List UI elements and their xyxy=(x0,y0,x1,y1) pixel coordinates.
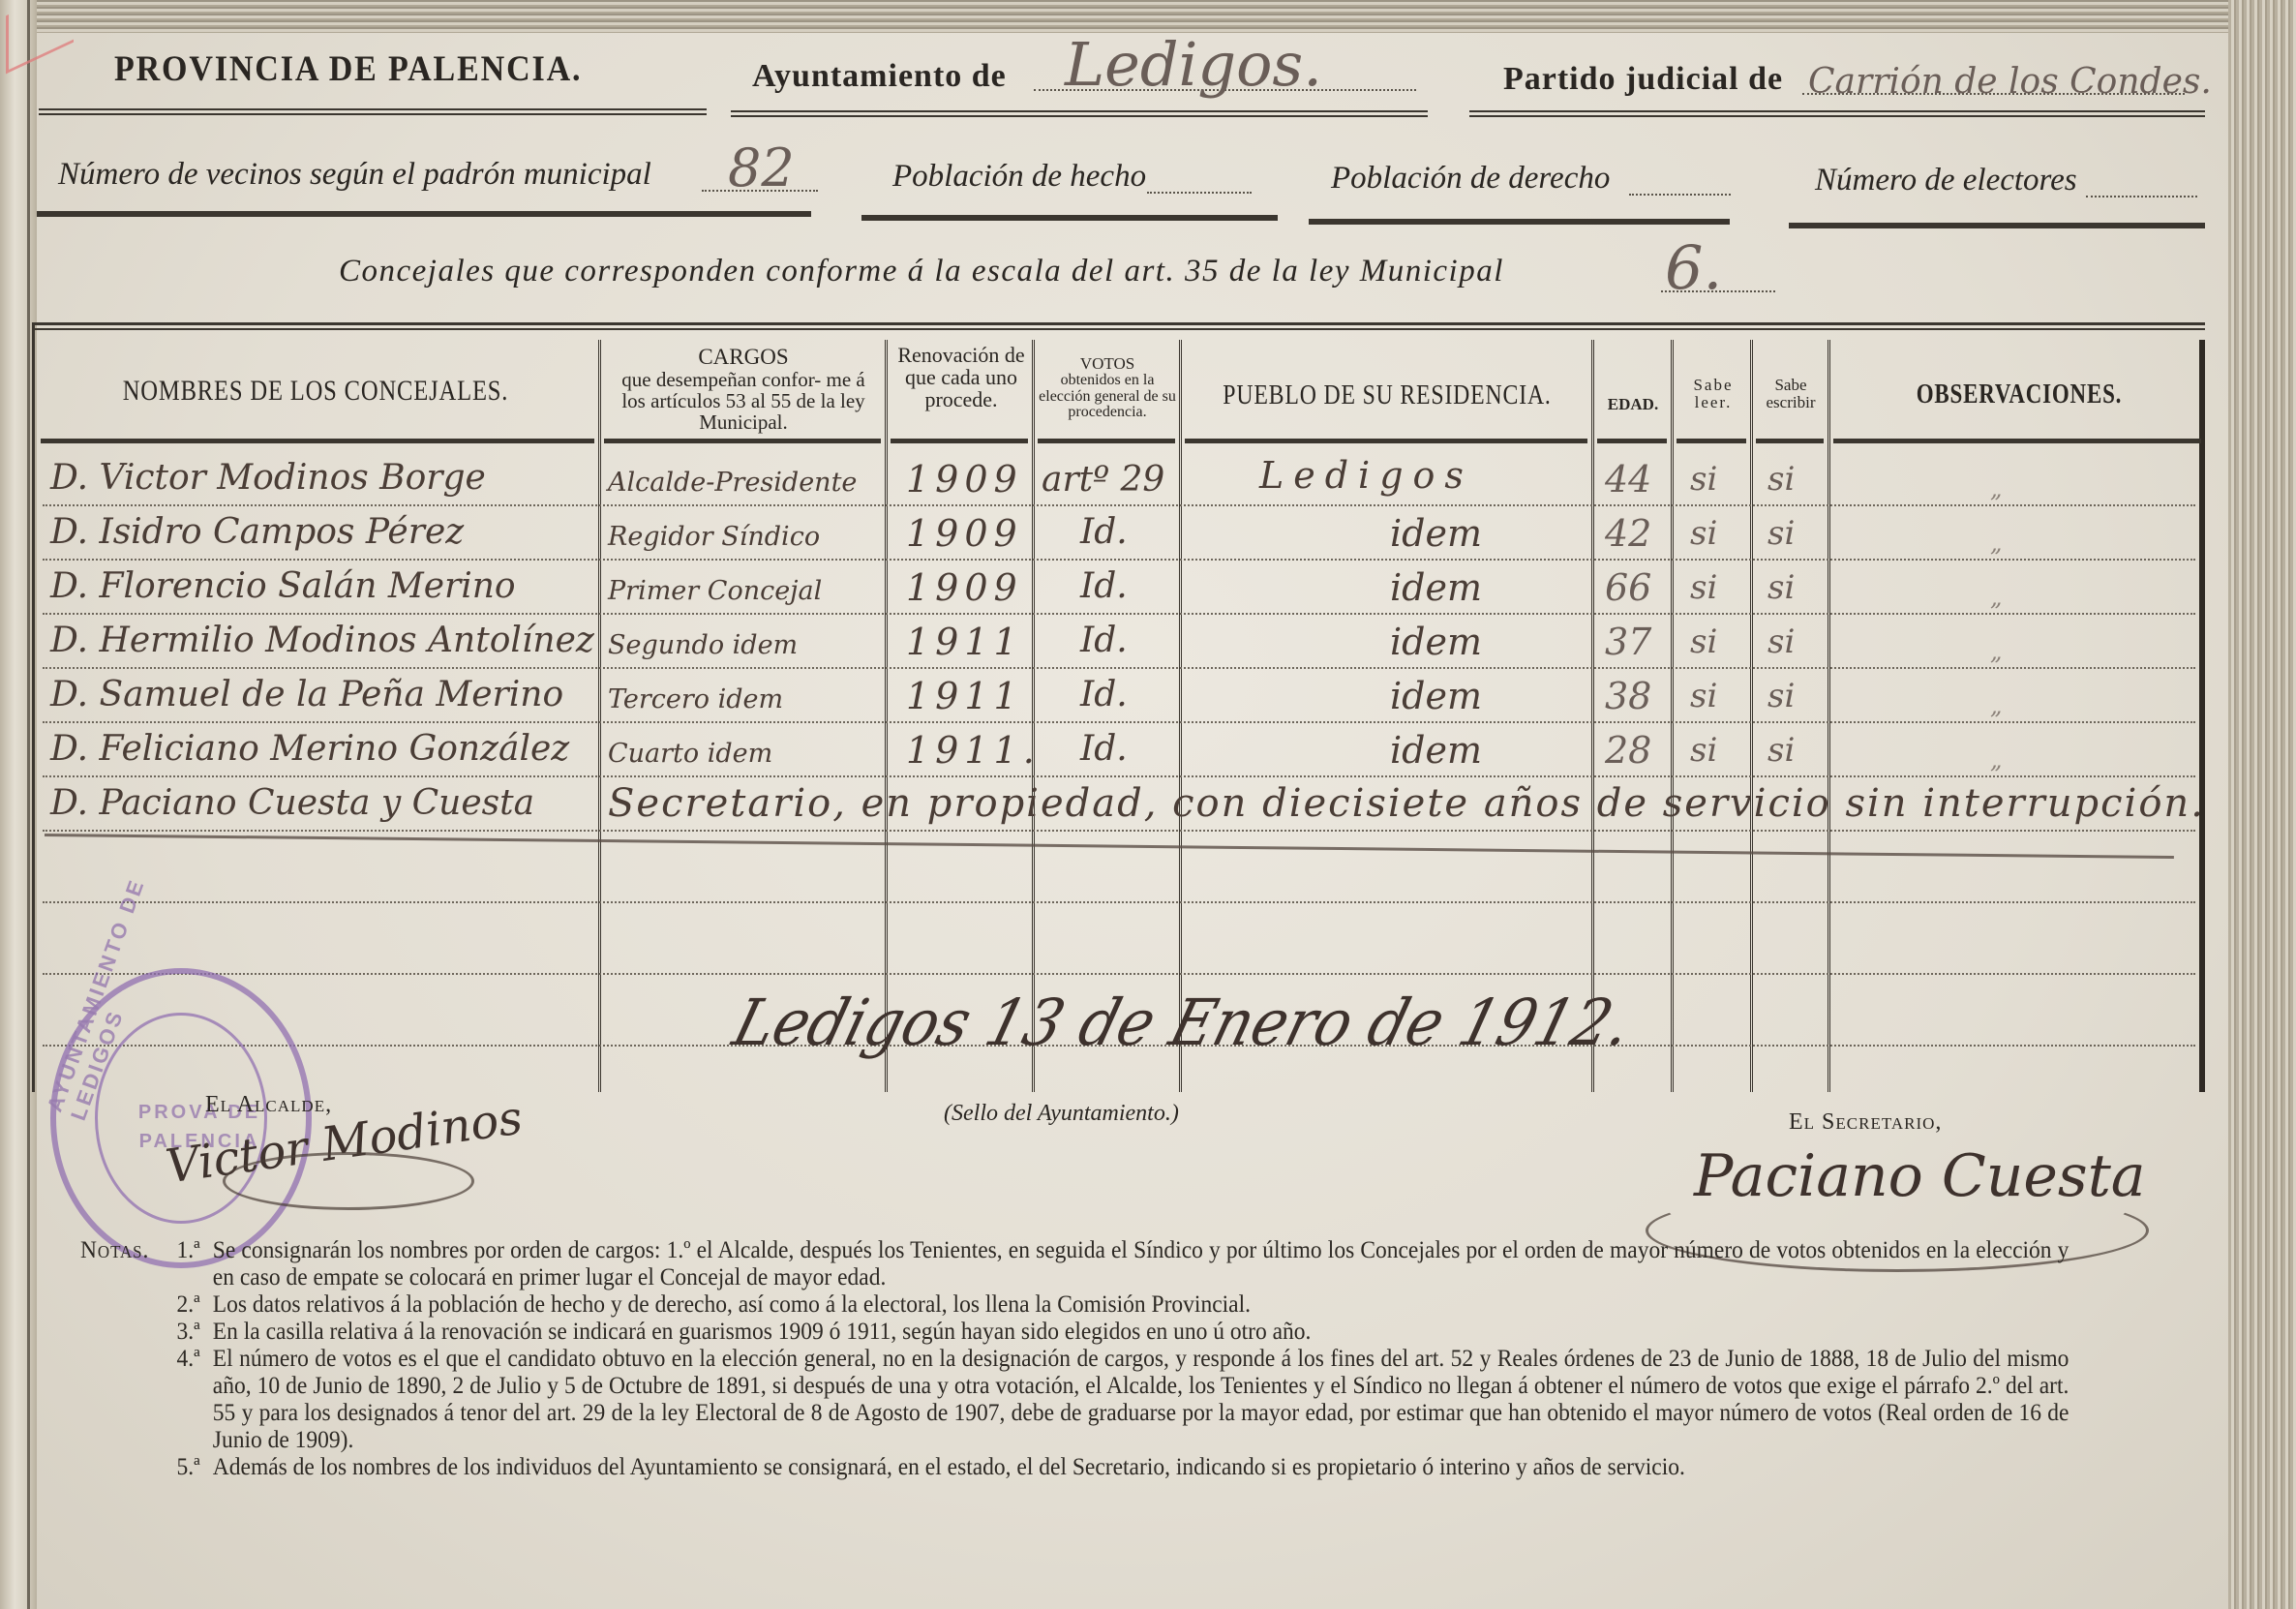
row-5-observaciones: „ xyxy=(1990,692,2002,719)
row-5-nombre: D. Samuel de la Peña Merino xyxy=(50,675,563,714)
section-rule xyxy=(1789,223,2205,228)
column-header-cargos: CARGOS que desempeñan confor- me á los a… xyxy=(604,346,883,433)
row-3-edad: 66 xyxy=(1605,566,1651,609)
row-3-cargo: Primer Concejal xyxy=(608,576,822,606)
column-divider xyxy=(885,340,888,1092)
column-header-sabe-escribir: Sabe escribir xyxy=(1754,377,1828,411)
note-number: 1.ª xyxy=(177,1237,200,1263)
header-underline xyxy=(1677,439,1746,443)
row-2-sabe-leer: si xyxy=(1690,514,1717,553)
sello-label: (Sello del Ayuntamiento.) xyxy=(944,1101,1179,1127)
column-header-edad: EDAD. xyxy=(1597,396,1669,413)
poblacion-hecho-field xyxy=(1147,192,1252,194)
section-rule xyxy=(1309,219,1730,225)
note-2: 2.ª Los datos relativos á la población d… xyxy=(58,1291,2069,1319)
column-header-sabe-leer: Sabe leer. xyxy=(1678,377,1748,411)
row-2-edad: 42 xyxy=(1605,512,1651,555)
header-underline xyxy=(41,439,594,443)
column-divider xyxy=(1591,340,1594,1092)
header-rule xyxy=(39,108,707,115)
header-underline xyxy=(1833,439,2201,443)
page-stack-right xyxy=(2228,0,2296,1609)
ayuntamiento-label: Ayuntamiento de xyxy=(752,58,1007,95)
row-1-votos: artº 29 xyxy=(1042,460,1164,500)
secretario-label: El Secretario, xyxy=(1789,1109,1942,1136)
ayuntamiento-stamp: AYUNTAMIENTO DE LEDIGOS PROVA DE PALENCI… xyxy=(50,968,312,1268)
row-divider xyxy=(43,613,2195,615)
column-divider xyxy=(1828,340,1830,1092)
column-divider xyxy=(598,340,601,1092)
header-rule xyxy=(731,110,1428,117)
cargos-subtitle: que desempeñan confor- me á los artículo… xyxy=(604,369,883,433)
note-text: El número de votos es el que el candidat… xyxy=(213,1346,2069,1454)
notes-heading: Notas. xyxy=(80,1237,149,1263)
row-5-sabe-leer: si xyxy=(1690,677,1717,715)
row-2-cargo: Regidor Síndico xyxy=(608,522,820,552)
note-number: 5.ª xyxy=(58,1454,213,1481)
row-6-edad: 28 xyxy=(1605,729,1651,772)
header-underline xyxy=(604,439,881,443)
row-5-renovacion: 1911 xyxy=(906,675,1023,717)
vecinos-value: 82 xyxy=(728,137,795,198)
row-1-renovacion: 1909 xyxy=(906,458,1023,501)
row-4-votos: Id. xyxy=(1080,621,1128,660)
row-3-votos: Id. xyxy=(1080,566,1128,606)
row-2-nombre: D. Isidro Campos Pérez xyxy=(50,512,464,552)
row-2-sabe-escribir: si xyxy=(1767,514,1795,553)
column-header-nombres: NOMBRES DE LOS CONCEJALES. xyxy=(109,376,522,407)
note-text: Además de los nombres de los individuos … xyxy=(213,1454,2069,1481)
note-number: 4.ª xyxy=(58,1346,213,1454)
column-divider xyxy=(1750,340,1753,1092)
ayuntamiento-value: Ledigos. xyxy=(1065,29,1322,100)
header-underline xyxy=(1597,439,1667,443)
row-6-observaciones: „ xyxy=(1990,746,2002,774)
section-rule xyxy=(37,211,811,217)
votos-subtitle: obtenidos en la elección general de su p… xyxy=(1038,373,1177,421)
row-3-observaciones: „ xyxy=(1990,584,2002,611)
row-6-cargo: Cuarto idem xyxy=(608,739,772,769)
row-5-cargo: Tercero idem xyxy=(608,684,783,714)
row-6-sabe-escribir: si xyxy=(1767,731,1795,770)
table-top-rule xyxy=(35,322,2205,330)
note-text: Los datos relativos á la población de he… xyxy=(213,1291,2069,1319)
row-divider xyxy=(43,721,2195,723)
row-1-sabe-escribir: si xyxy=(1767,460,1795,499)
header-underline xyxy=(891,439,1028,443)
column-divider xyxy=(1671,340,1674,1092)
province-title: PROVINCIA DE PALENCIA. xyxy=(114,48,582,90)
section-rule xyxy=(861,215,1278,221)
row-3-nombre: D. Florencio Salán Merino xyxy=(50,566,516,606)
row-4-pueblo: idem xyxy=(1390,621,1482,663)
row-2-renovacion: 1909 xyxy=(906,512,1023,555)
note-3: 3.ª En la casilla relativa á la renovaci… xyxy=(58,1319,2069,1346)
electores-label: Número de electores xyxy=(1815,163,2077,198)
row-divider xyxy=(43,830,2195,832)
row-divider xyxy=(43,504,2195,506)
row-5-votos: Id. xyxy=(1080,675,1128,714)
concejales-escala-value: 6. xyxy=(1665,232,1722,303)
row-4-nombre: D. Hermilio Modinos Antolínez xyxy=(50,621,594,660)
row-3-sabe-escribir: si xyxy=(1767,568,1795,607)
row-4-sabe-escribir: si xyxy=(1767,622,1795,661)
document-date: Ledigos 13 de Enero de 1912. xyxy=(726,986,1640,1060)
note-5: 5.ª Además de los nombres de los individ… xyxy=(58,1454,2069,1481)
note-text: Se consignarán los nombres por orden de … xyxy=(213,1237,2069,1291)
row-5-pueblo: idem xyxy=(1390,675,1482,717)
secretario-nombre: D. Paciano Cuesta y Cuesta xyxy=(50,783,534,823)
row-3-sabe-leer: si xyxy=(1690,568,1717,607)
votos-title: VOTOS xyxy=(1038,355,1177,373)
notes-section: Notas.1.ª Se consignarán los nombres por… xyxy=(58,1237,2197,1481)
row-2-votos: Id. xyxy=(1080,512,1128,552)
header-rule xyxy=(1469,110,2205,117)
concejales-table: NOMBRES DE LOS CONCEJALES. CARGOS que de… xyxy=(32,322,2205,1092)
header-underline xyxy=(1185,439,1587,443)
partido-judicial-value: Carrión de los Condes. xyxy=(1808,62,2212,102)
note-number: 2.ª xyxy=(58,1291,213,1319)
row-6-votos: Id. xyxy=(1080,729,1128,769)
row-6-renovacion: 1911. xyxy=(906,729,1041,772)
row-1-pueblo: Ledigos xyxy=(1259,454,1473,497)
row-divider xyxy=(43,667,2195,669)
row-4-edad: 37 xyxy=(1605,621,1651,663)
header-underline xyxy=(1756,439,1824,443)
row-3-renovacion: 1909 xyxy=(906,566,1023,609)
vecinos-label: Número de vecinos según el padrón munici… xyxy=(58,157,651,193)
row-divider xyxy=(43,973,2195,975)
note-4: 4.ª El número de votos es el que el cand… xyxy=(58,1346,2069,1454)
page-stack-top xyxy=(37,0,2228,33)
row-4-cargo: Segundo idem xyxy=(608,630,798,660)
electores-field xyxy=(2086,196,2197,197)
column-header-votos: VOTOS obtenidos en la elección general d… xyxy=(1038,355,1177,421)
row-1-sabe-leer: si xyxy=(1690,460,1717,499)
column-header-renovacion: Renovación de que cada uno procede. xyxy=(892,344,1030,410)
column-divider xyxy=(1179,340,1182,1092)
partido-judicial-label: Partido judicial de xyxy=(1503,61,1783,98)
row-1-nombre: D. Victor Modinos Borge xyxy=(50,458,486,498)
note-1: Notas.1.ª Se consignarán los nombres por… xyxy=(58,1237,2069,1291)
row-4-sabe-leer: si xyxy=(1690,622,1717,661)
alcalde-rubric xyxy=(223,1152,474,1210)
secretario-detalle: Secretario, en propiedad, con diecisiete… xyxy=(608,781,2205,826)
row-4-observaciones: „ xyxy=(1990,638,2002,665)
row-2-pueblo: idem xyxy=(1390,512,1482,555)
poblacion-derecho-field xyxy=(1629,194,1731,196)
row-1-edad: 44 xyxy=(1605,458,1651,501)
note-text: En la casilla relativa á la renovación s… xyxy=(213,1319,2069,1346)
row-6-pueblo: idem xyxy=(1390,729,1482,772)
row-5-edad: 38 xyxy=(1605,675,1651,717)
poblacion-derecho-label: Población de derecho xyxy=(1331,161,1610,197)
table-right-rule xyxy=(2199,340,2205,1092)
row-divider xyxy=(43,901,2195,903)
header-underline xyxy=(1038,439,1175,443)
row-4-renovacion: 1911 xyxy=(906,621,1023,663)
column-header-pueblo: PUEBLO DE SU RESIDENCIA. xyxy=(1223,380,1551,410)
note-number: 3.ª xyxy=(58,1319,213,1346)
row-divider xyxy=(43,559,2195,561)
concejales-escala-label: Concejales que corresponden conforme á l… xyxy=(339,254,1504,289)
row-1-cargo: Alcalde-Presidente xyxy=(608,468,857,498)
closing-rule xyxy=(45,834,2174,859)
row-5-sabe-escribir: si xyxy=(1767,677,1795,715)
row-3-pueblo: idem xyxy=(1390,566,1482,609)
row-6-sabe-leer: si xyxy=(1690,731,1717,770)
column-divider xyxy=(1032,340,1035,1092)
row-divider xyxy=(43,775,2195,777)
row-6-nombre: D. Feliciano Merino González xyxy=(50,729,569,769)
row-2-observaciones: „ xyxy=(1990,530,2002,557)
column-header-observaciones: OBSERVACIONES. xyxy=(1868,380,2170,409)
poblacion-hecho-label: Población de hecho xyxy=(892,159,1146,195)
cargos-title: CARGOS xyxy=(604,346,883,369)
row-1-observaciones: „ xyxy=(1990,475,2002,502)
alcalde-label: El Alcalde, xyxy=(205,1092,332,1118)
